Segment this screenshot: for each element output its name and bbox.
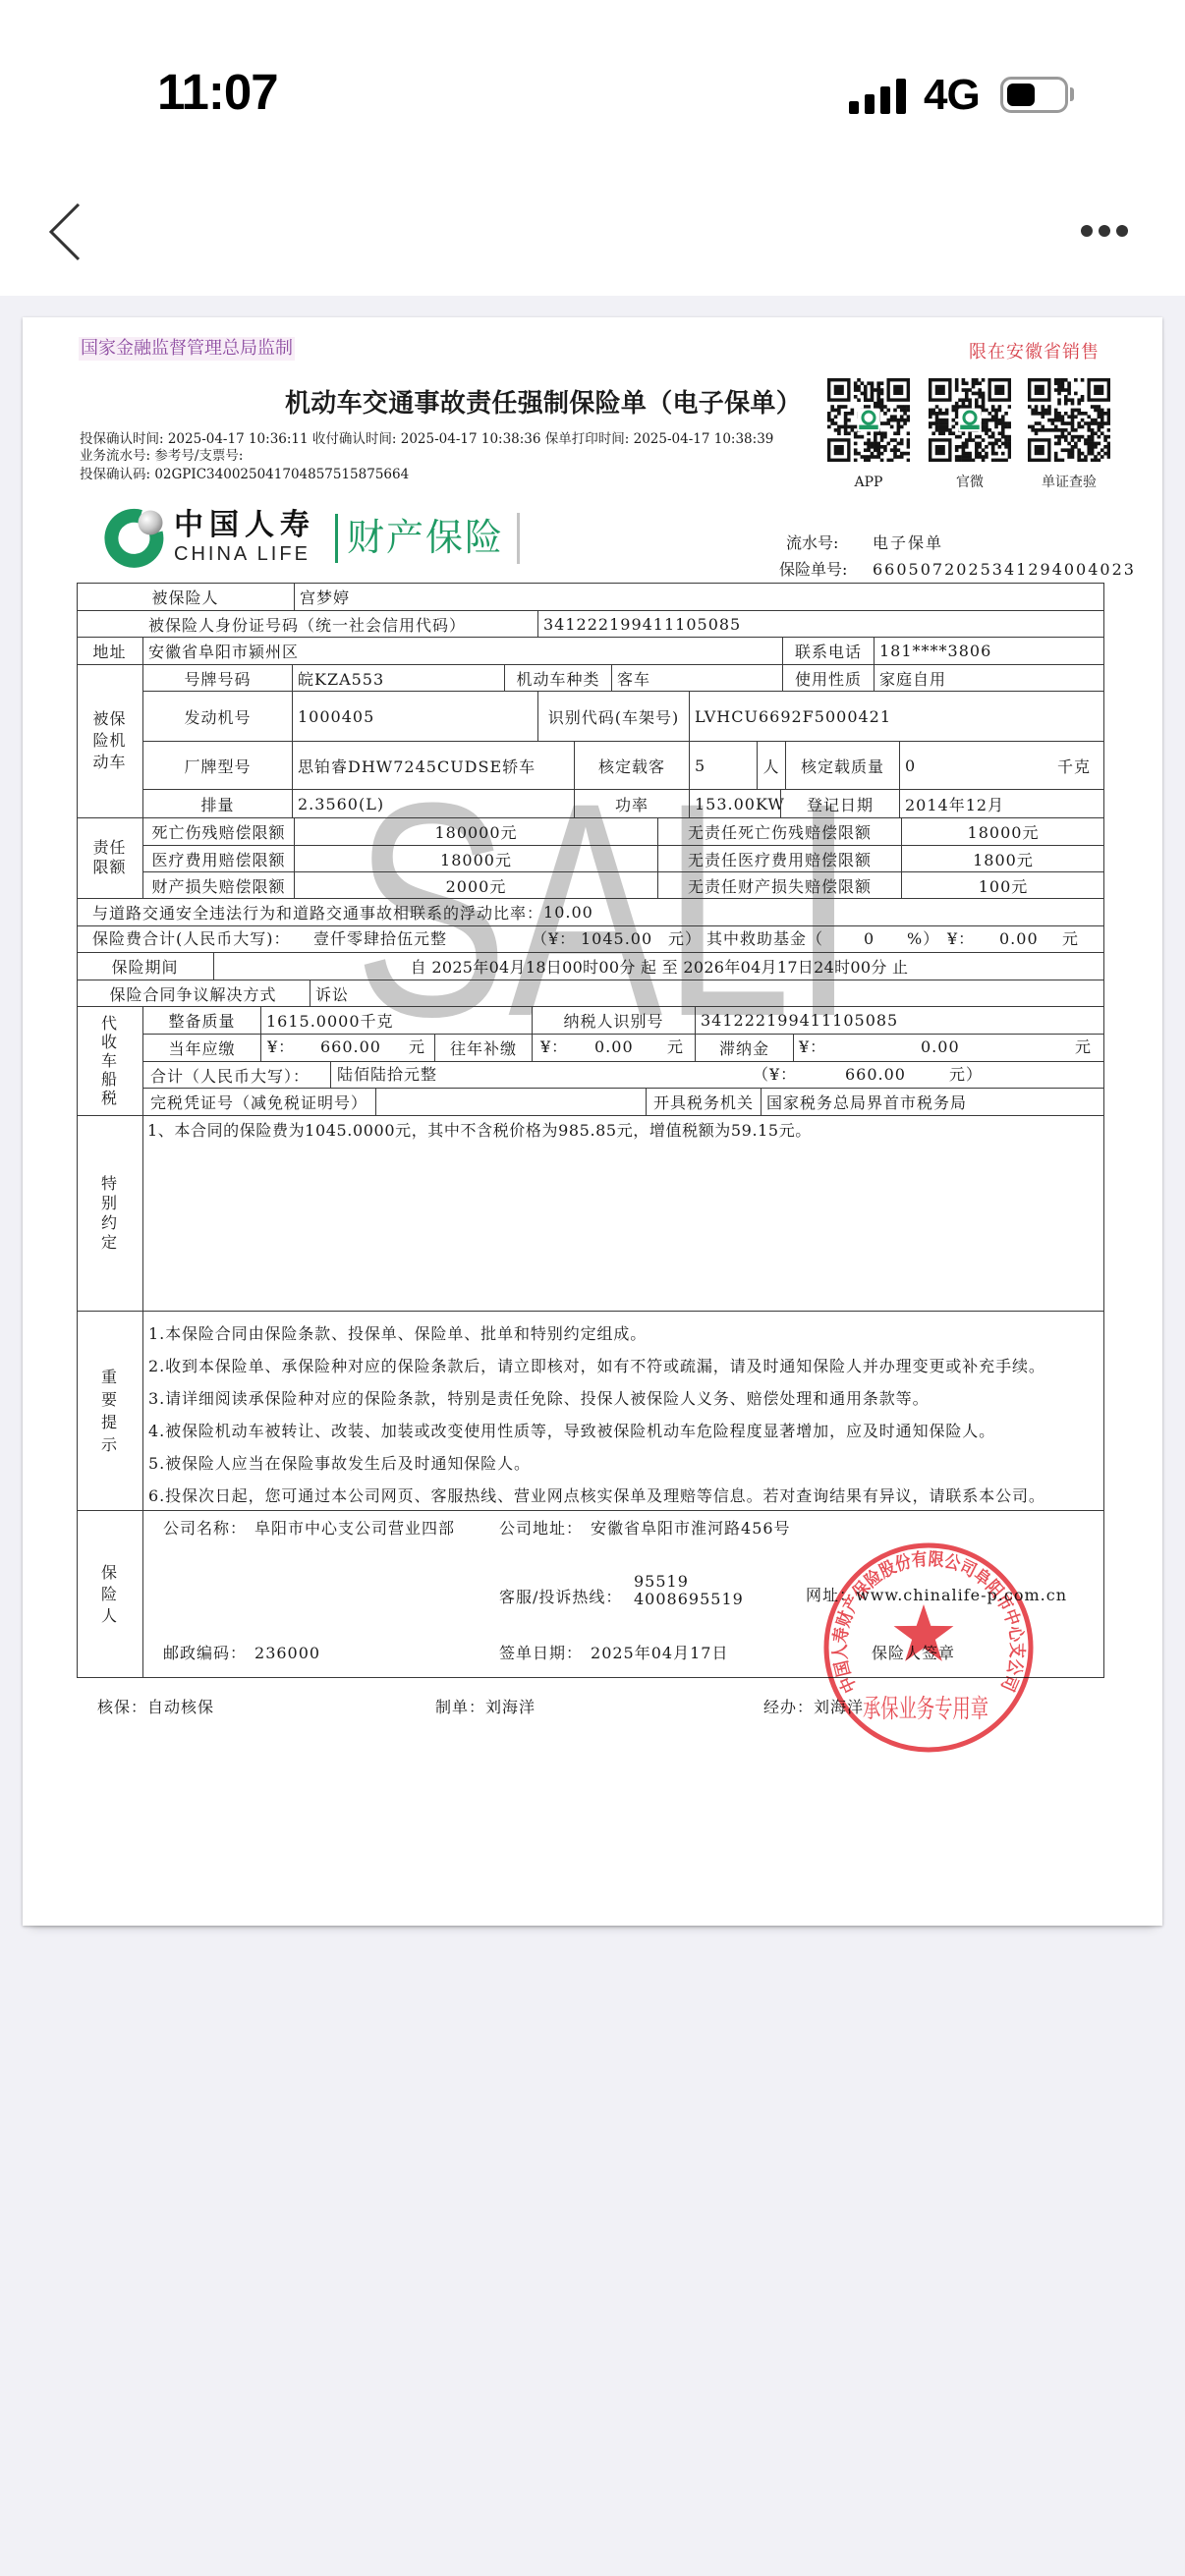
premium-prefix: （¥： <box>532 926 576 952</box>
network-type: 4G <box>924 71 980 120</box>
company-name-label: 公司名称： <box>163 1519 247 1538</box>
vehicle-type-label: 机动车种类 <box>504 665 611 691</box>
reg-date: 2014年12月 <box>899 790 1104 817</box>
postcode-label: 邮政编码： <box>163 1644 247 1662</box>
current-tax-label: 当年应缴 <box>142 1035 260 1061</box>
vehicle-group-text: 被保险机动车 <box>92 708 128 773</box>
company-address-label: 公司地址： <box>499 1519 583 1538</box>
sales-region-note: 限在安徽省销售 <box>969 341 1100 364</box>
vin-label: 识别代码(车架号) <box>537 692 689 741</box>
top-bar: 11:07 4G <box>0 0 1185 296</box>
table-row-model: 厂牌型号 思铂睿DHW7245CUDSE轿车 核定载客 5 人 核定载质量 0 … <box>142 741 1104 789</box>
more-dots-icon <box>1081 225 1093 237</box>
qr-code-icon <box>929 378 1011 462</box>
policy-table: 被保险人 宫梦婷 被保险人身份证号码（统一社会信用代码） 34122219941… <box>77 583 1104 1678</box>
dispute: 诉讼 <box>310 980 1104 1006</box>
load-cell: 0 千克 <box>899 742 1104 789</box>
plate: 皖KZA553 <box>292 665 504 691</box>
tax-authority-label: 开具税务机关 <box>646 1089 761 1115</box>
liability-value: 2000元 <box>294 872 657 898</box>
logo-division: 财产保险 <box>347 515 504 560</box>
vehicle-type: 客车 <box>611 665 782 691</box>
reg-date-label: 登记日期 <box>780 790 899 817</box>
table-row-premium: 保险费合计(人民币大写)： 壹仟零肆拾伍元整 （¥： 1045.00 元） 其中… <box>77 925 1104 952</box>
insurer-signature-label: 保险人签章 <box>872 1644 955 1663</box>
company-name: 公司名称：阜阳市中心支公司营业四部 <box>163 1519 455 1539</box>
curb-weight-label: 整备质量 <box>142 1007 260 1034</box>
policy-viewer-screen: 11:07 4G 国家金融监督管理总局监制 限在安徽省销售 机动车交通事故责任强… <box>0 0 1185 2576</box>
table-row-dispute: 保险合同争议解决方式 诉讼 <box>77 980 1104 1006</box>
qr-label-app: APP <box>819 474 918 491</box>
battery-nub <box>1070 87 1074 101</box>
document-title: 机动车交通事故责任强制保险单（电子保单） <box>285 388 802 420</box>
qr-code-verify <box>1028 378 1110 462</box>
company-name-value: 阜阳市中心支公司营业四部 <box>254 1519 455 1538</box>
period-label: 保险期间 <box>77 953 213 980</box>
notice-item: 3.请详细阅读承保险种对应的保险条款，特别是责任免除、投保人被保险人义务、赔偿处… <box>148 1382 1104 1415</box>
load-value: 0 <box>905 756 916 775</box>
hotline-number[interactable]: 95519 <box>634 1573 689 1591</box>
seats-unit: 人 <box>757 742 785 789</box>
displacement-label: 排量 <box>142 790 292 817</box>
postcode: 邮政编码：236000 <box>163 1644 320 1663</box>
premium-amount: 1045.00 <box>581 926 652 952</box>
phone: 181****3806 <box>874 638 1104 664</box>
underwriting: 核保：自动核保 <box>97 1698 214 1717</box>
sign-date: 签单日期：2025年04月17日 <box>499 1644 728 1663</box>
table-row-period: 保险期间 自 2025年04月18日00时00分 起 至 2026年04月17日… <box>77 952 1104 980</box>
prepared-by-value: 刘海洋 <box>485 1698 536 1716</box>
load-label: 核定载质量 <box>785 742 899 789</box>
displacement: 2.3560(L) <box>292 790 574 817</box>
premium-suffix: 元） <box>668 926 702 952</box>
no-fault-label: 无责任财产损失赔偿限额 <box>657 872 901 898</box>
liability-value: 18000元 <box>294 846 657 871</box>
liability-label: 财产损失赔偿限额 <box>142 872 294 898</box>
currency-symbol: ¥： <box>799 1035 826 1060</box>
special-term-item: 1、本合同的保险费为1045.0000元，其中不含税价格为985.85元，增值税… <box>147 1120 1104 1142</box>
more-button[interactable] <box>1077 218 1136 244</box>
taxpayer-id-label: 纳税人识别号 <box>532 1007 695 1034</box>
tax-total-cell: 陆佰陆拾元整 （¥： 660.00 元） <box>330 1062 1104 1088</box>
no-fault-value: 100元 <box>901 872 1104 898</box>
table-row-displacement: 排量 2.3560(L) 功率 153.00KW 登记日期 2014年12月 <box>142 789 1104 817</box>
liability-label: 医疗费用赔偿限额 <box>142 846 294 871</box>
policy-number-label: 保险单号: <box>779 560 847 580</box>
logo-divider <box>335 514 338 563</box>
rescue-fund-pct-suffix: %） <box>907 926 939 952</box>
underwriting-value: 自动核保 <box>147 1698 214 1716</box>
regulator-note: 国家金融监督管理总局监制 <box>79 337 295 361</box>
prepared-by: 制单：刘海洋 <box>435 1698 536 1717</box>
insured-name-label: 被保险人 <box>77 583 294 610</box>
qr-code-wechat <box>929 378 1011 462</box>
tax-total: 660.00 <box>845 1062 906 1088</box>
qr-label-verify: 单证查验 <box>1020 474 1118 491</box>
handler: 经办：刘海洋 <box>763 1698 864 1717</box>
postcode-value: 236000 <box>254 1644 320 1662</box>
address: 安徽省阜阳市颍州区 <box>142 638 782 664</box>
vin: LVHCU6692F5000421 <box>689 692 1104 741</box>
late-fee: 0.00 <box>921 1035 960 1060</box>
liability-value: 180000元 <box>294 818 657 845</box>
company-address-value: 安徽省阜阳市淮河路456号 <box>591 1519 791 1538</box>
no-fault-value: 18000元 <box>901 818 1104 845</box>
engine-number: 1000405 <box>292 692 537 741</box>
qr-code-icon <box>827 378 910 462</box>
liability-label: 死亡伤残赔偿限额 <box>142 818 294 845</box>
certificate-label: 完税凭证号（减免税证明号） <box>142 1089 375 1115</box>
current-tax-cell: ¥： 660.00 元 <box>260 1035 434 1061</box>
table-row-engine: 发动机号 1000405 识别代码(车架号) LVHCU6692F5000421 <box>142 691 1104 741</box>
back-button[interactable] <box>45 200 86 263</box>
tax-total-words: 陆佰陆拾元整 <box>337 1062 437 1088</box>
past-tax-label: 往年补缴 <box>434 1035 532 1061</box>
no-fault-label: 无责任医疗费用赔偿限额 <box>657 846 901 871</box>
currency-symbol: ¥： <box>267 1035 295 1060</box>
qr-code-icon <box>1028 378 1110 462</box>
usage: 家庭自用 <box>874 665 1104 691</box>
current-tax: 660.00 <box>320 1035 381 1060</box>
float-rate-label: 与道路交通安全违法行为和道路交通事故相联系的浮动比率： <box>92 901 543 924</box>
dispute-label: 保险合同争议解决方式 <box>77 980 310 1006</box>
handler-value: 刘海洋 <box>814 1698 864 1716</box>
table-row-special-terms: 特别约定 1、本合同的保险费为1045.0000元，其中不含税价格为985.85… <box>77 1115 1104 1311</box>
past-tax-cell: ¥： 0.00 元 <box>532 1035 695 1061</box>
qr-code-app <box>827 378 910 462</box>
seats-label: 核定载客 <box>574 742 689 789</box>
seats: 5 <box>689 742 757 789</box>
serial-value: 电子保单 <box>873 533 943 553</box>
insured-name: 宫梦婷 <box>294 583 1104 610</box>
tax-total-prefix: （¥： <box>753 1062 797 1088</box>
website: 网址：www.chinalife-p.com.cn <box>806 1586 1067 1605</box>
load-unit: 千克 <box>1057 742 1091 789</box>
currency-symbol: ¥： <box>540 1035 568 1060</box>
insurer-details: 公司名称：阜阳市中心支公司营业四部 公司地址：安徽省阜阳市淮河路456号 客服/… <box>142 1511 1104 1678</box>
insured-id: 341222199411105085 <box>537 611 1104 637</box>
float-rate-value: 10.00 <box>543 903 593 922</box>
notice-item: 1.本保险合同由保险条款、投保单、保险单、批单和特别约定组成。 <box>148 1317 1104 1350</box>
reference-numbers: 业务流水号: 参考号/支票号: <box>80 447 243 465</box>
table-row-notices: 重要提示 1.本保险合同由保险条款、投保单、保险单、批单和特别约定组成。 2.收… <box>77 1311 1104 1510</box>
unit: 元 <box>1075 1035 1092 1060</box>
table-row-curb-weight: 整备质量 1615.0000千克 纳税人识别号 3412221994111050… <box>77 1006 1104 1034</box>
no-fault-value: 1800元 <box>901 846 1104 871</box>
table-row-insured-id: 被保险人身份证号码（统一社会信用代码） 341222199411105085 <box>77 610 1104 637</box>
tax-total-suffix: 元） <box>949 1062 983 1088</box>
table-row-float-rate: 与道路交通安全违法行为和道路交通事故相联系的浮动比率：10.00 <box>77 898 1104 925</box>
status-time: 11:07 <box>157 63 278 121</box>
logo-divider <box>517 513 520 564</box>
tax-authority: 国家税务总局界首市税务局 <box>761 1089 1104 1115</box>
unit: 元 <box>667 1035 684 1060</box>
table-row-plate: 号牌号码 皖KZA553 机动车种类 客车 使用性质 家庭自用 <box>77 664 1104 691</box>
usage-label: 使用性质 <box>782 665 874 691</box>
insurer-label: 保险人 <box>77 1511 142 1678</box>
serial-label: 流水号: <box>786 533 838 553</box>
late-fee-cell: ¥： 0.00 元 <box>793 1035 1104 1061</box>
notice-item: 2.收到本保险单、承保险种对应的保险条款后，请立即核对，如有不符或疏漏，请及时通… <box>148 1350 1104 1382</box>
rescue-fund-label: 其中救助基金（ <box>706 926 823 952</box>
logo-text-cn: 中国人寿 <box>174 508 315 543</box>
no-fault-label: 无责任死亡伤残赔偿限额 <box>657 818 901 845</box>
confirm-code: 投保确认码: 02GPIC340025041704857515875664 <box>80 466 409 483</box>
hotline-number[interactable]: 4008695519 <box>634 1591 744 1608</box>
handler-label: 经办： <box>763 1698 814 1716</box>
model: 思铂睿DHW7245CUDSE轿车 <box>292 742 574 789</box>
sign-date-label: 签单日期： <box>499 1644 583 1662</box>
company-address: 公司地址：安徽省阜阳市淮河路456号 <box>499 1519 791 1539</box>
special-terms-label-text: 特别约定 <box>101 1174 119 1253</box>
website-label: 网址： <box>806 1586 856 1604</box>
table-row-liability: 死亡伤残赔偿限额 180000元 无责任死亡伤残赔偿限额 18000元 <box>77 817 1104 845</box>
certificate <box>375 1089 646 1115</box>
rescue-fund-suffix: 元 <box>1062 926 1079 952</box>
notice-item: 5.被保险人应当在保险事故发生后及时通知保险人。 <box>148 1447 1104 1480</box>
curb-weight: 1615.0000千克 <box>260 1007 532 1034</box>
logo-text-en: CHINA LIFE <box>174 543 310 565</box>
tax-total-label: 合计（人民币大写）： <box>142 1062 330 1088</box>
table-row-liability: 财产损失赔偿限额 2000元 无责任财产损失赔偿限额 100元 <box>142 871 1104 898</box>
signal-icon <box>849 79 908 114</box>
unit: 元 <box>409 1035 425 1060</box>
insurer-label-text: 保险人 <box>101 1562 119 1627</box>
notice-item: 6.投保次日起，您可通过本公司网页、客服热线、营业网点核实保单及理赔等信息。若对… <box>148 1480 1104 1512</box>
table-row-tax-certificate: 完税凭证号（减免税证明号） 开具税务机关 国家税务总局界首市税务局 <box>142 1088 1104 1115</box>
float-rate: 与道路交通安全违法行为和道路交通事故相联系的浮动比率：10.00 <box>77 899 1104 925</box>
qr-label-wechat: 官微 <box>921 474 1019 491</box>
sign-date-value: 2025年04月17日 <box>591 1644 728 1662</box>
rescue-fund-amount: 0.00 <box>999 926 1039 952</box>
plate-label: 号牌号码 <box>142 665 292 691</box>
insured-id-label: 被保险人身份证号码（统一社会信用代码） <box>77 611 537 637</box>
special-terms: 1、本合同的保险费为1045.0000元，其中不含税价格为985.85元，增值税… <box>142 1116 1104 1311</box>
notices-label: 重要提示 <box>77 1312 142 1510</box>
engine-label: 发动机号 <box>142 692 292 741</box>
chevron-left-icon <box>45 200 86 263</box>
table-row-liability: 医疗费用赔偿限额 18000元 无责任医疗费用赔偿限额 1800元 <box>142 845 1104 871</box>
power: 153.00KW <box>689 790 780 817</box>
notices-label-text: 重要提示 <box>101 1366 119 1456</box>
notice-item: 4.被保险机动车被转让、改装、加装或改变使用性质等，导致被保险机动车危险程度显著… <box>148 1415 1104 1447</box>
policy-number: 6605072025341294004023 <box>873 560 1136 580</box>
china-life-logo-icon <box>104 507 165 570</box>
battery-level <box>1007 84 1035 106</box>
rescue-fund-prefix: ¥： <box>947 926 975 952</box>
table-row-insured-name: 被保险人 宫梦婷 <box>77 583 1104 610</box>
battery-icon <box>1000 77 1068 113</box>
past-tax: 0.00 <box>594 1035 634 1060</box>
model-label: 厂牌型号 <box>142 742 292 789</box>
taxpayer-id: 341222199411105085 <box>695 1007 1104 1034</box>
late-fee-label: 滞纳金 <box>695 1035 793 1061</box>
premium-words: 壹仟零肆拾伍元整 <box>313 926 447 952</box>
table-row-insurer: 保险人 公司名称：阜阳市中心支公司营业四部 公司地址：安徽省阜阳市淮河路456号… <box>77 1510 1104 1678</box>
confirm-times: 投保确认时间: 2025-04-17 10:36:11 收付确认时间: 2025… <box>80 430 773 448</box>
premium-label: 保险费合计(人民币大写)： <box>92 926 291 952</box>
hotline-label: 客服/投诉热线： <box>499 1588 622 1607</box>
address-label: 地址 <box>77 638 142 664</box>
prepared-by-label: 制单： <box>435 1698 485 1716</box>
period: 自 2025年04月18日00时00分 起 至 2026年04月17日24时00… <box>213 953 1104 980</box>
special-terms-label: 特别约定 <box>77 1116 142 1311</box>
phone-label: 联系电话 <box>782 638 874 664</box>
power-label: 功率 <box>574 790 689 817</box>
rescue-fund-pct: 0 <box>864 926 875 952</box>
table-row-tax-total: 合计（人民币大写）： 陆佰陆拾元整 （¥： 660.00 元） <box>142 1061 1104 1088</box>
website-link[interactable]: www.chinalife-p.com.cn <box>856 1586 1067 1604</box>
table-row-tax-amounts: 当年应缴 ¥： 660.00 元 往年补缴 ¥： 0.00 元 滞纳金 ¥： 0… <box>142 1034 1104 1061</box>
underwriting-label: 核保： <box>97 1698 147 1716</box>
table-row-address: 地址 安徽省阜阳市颍州区 联系电话 181****3806 <box>77 637 1104 664</box>
notices: 1.本保险合同由保险条款、投保单、保险单、批单和特别约定组成。 2.收到本保险单… <box>142 1312 1104 1510</box>
